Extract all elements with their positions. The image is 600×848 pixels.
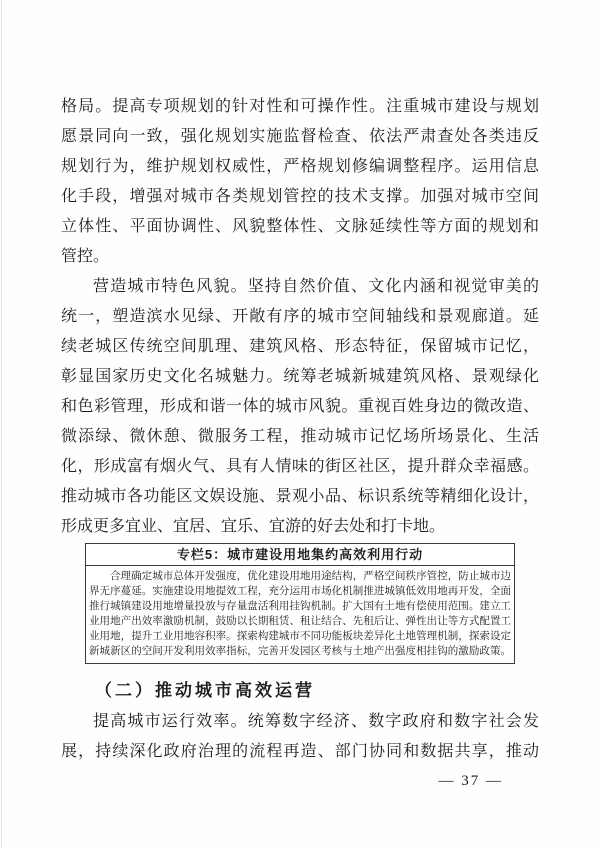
text-line: 规划行为，维护规划权威性，严格规划修编调整程序。运用信息 [61, 152, 539, 182]
box-text-line: 业用地，提升工业用地容积率。探索构建城市不同功能板块差异化土地管理机制，探索设定 [89, 629, 511, 644]
text-line: 续老城区传统空间肌理、建筑风格、形态特征，保留城市记忆， [61, 332, 539, 362]
box-body: 合理确定城市总体开发强度，优化建设用地用途结构，严格空间秩序管控，防止城市边 界… [86, 566, 514, 663]
box-title: 专栏5：城市建设用地集约高效利用行动 [177, 547, 423, 562]
box-text-line: 推行城镇建设用地增量投放与存量盘活利用挂钩机制。扩大国有土地有偿使用范围。建立工 [89, 599, 511, 614]
text-line: 化，形成富有烟火气、具有人情味的街区社区，提升群众幸福感。 [61, 452, 539, 482]
text-line: 化手段，增强对城市各类规划管控的技术支撑。加强对城市空间 [61, 182, 539, 212]
section-heading: （二）推动城市高效运营 [61, 677, 539, 704]
text-line: 统一，塑造滨水见绿、开敞有序的城市空间轴线和景观廊道。延 [61, 302, 539, 332]
text-line: 营造城市特色风貌。坚持自然价值、文化内涵和视觉审美的 [61, 272, 539, 302]
page-content: 格局。提高专项规划的针对性和可操作性。注重城市建设与规划 愿景同向一致，强化规划… [61, 92, 539, 790]
text-line: 推动城市各功能区文娱设施、景观小品、标识系统等精细化设计， [61, 482, 539, 512]
special-column-box: 专栏5：城市建设用地集约高效利用行动 合理确定城市总体开发强度，优化建设用地用途… [85, 543, 515, 664]
box-text-line: 新城新区的空间开发利用效率指标，完善开发园区考核与土地产出强度相挂钩的激励政策。 [89, 644, 511, 659]
box-text-line: 界无序蔓延。实施建设用地提效工程，充分运用市场化机制推进城镇低效用地再开发，全面 [89, 584, 511, 599]
text-line: 微添绿、微休憩、微服务工程，推动城市记忆场所场景化、生活 [61, 422, 539, 452]
box-text-line: 合理确定城市总体开发强度，优化建设用地用途结构，严格空间秩序管控，防止城市边 [89, 569, 511, 584]
paragraph-planning: 格局。提高专项规划的针对性和可操作性。注重城市建设与规划 愿景同向一致，强化规划… [61, 92, 539, 272]
text-line: 格局。提高专项规划的针对性和可操作性。注重城市建设与规划 [61, 92, 539, 122]
page-number: — 37 — [61, 773, 539, 790]
box-text-line: 业用地产出效率激励机制，鼓励以长期租赁、租让结合、先租后让、弹性出让等方式配置工 [89, 614, 511, 629]
paragraph-efficiency: 提高城市运行效率。统筹数字经济、数字政府和数字社会发 展，持续深化政府治理的流程… [61, 707, 539, 767]
text-line: 立体性、平面协调性、风貌整体性、文脉延续性等方面的规划和 [61, 212, 539, 242]
text-line: 形成更多宜业、宜居、宜乐、宜游的好去处和打卡地。 [61, 512, 539, 542]
paragraph-cityscape: 营造城市特色风貌。坚持自然价值、文化内涵和视觉审美的 统一，塑造滨水见绿、开敞有… [61, 272, 539, 542]
text-line: 愿景同向一致，强化规划实施监督检查、依法严肃查处各类违反 [61, 122, 539, 152]
text-line: 管控。 [61, 242, 539, 272]
scan-edge-line [1, 0, 2, 848]
text-line: 展，持续深化政府治理的流程再造、部门协同和数据共享，推动 [61, 737, 539, 767]
document-page: 格局。提高专项规划的针对性和可操作性。注重城市建设与规划 愿景同向一致，强化规划… [0, 0, 600, 848]
text-line: 提高城市运行效率。统筹数字经济、数字政府和数字社会发 [61, 707, 539, 737]
text-line: 彰显国家历史文化名城魅力。统筹老城新城建筑风格、景观绿化 [61, 362, 539, 392]
box-header: 专栏5：城市建设用地集约高效利用行动 [86, 544, 514, 566]
text-line: 和色彩管理，形成和谐一体的城市风貌。重视百姓身边的微改造、 [61, 392, 539, 422]
